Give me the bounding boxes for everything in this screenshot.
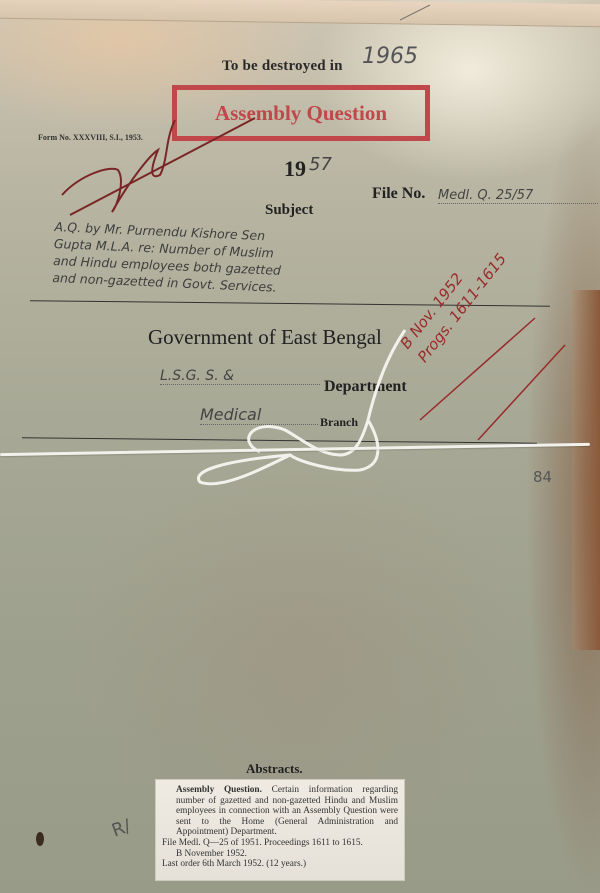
red-strike-1	[420, 318, 535, 420]
red-strike-2	[478, 345, 565, 440]
initials-scribble	[62, 118, 255, 215]
ink-blot	[36, 832, 44, 846]
abstract-last-order: Last order 6th March 1952. (12 years.)	[162, 859, 398, 870]
abstract-file-ref: File Medl. Q—25 of 1951.	[162, 838, 262, 848]
abstract-proceedings: Proceedings 1611 to 1615.	[264, 838, 363, 848]
abstract-heading: Assembly Question.	[176, 785, 262, 795]
abstracts-title: Abstracts.	[246, 761, 303, 777]
abstract-date: B November 1952.	[162, 849, 398, 860]
string-knot	[198, 330, 405, 484]
page-number: 84	[533, 468, 552, 486]
abstract-clipping: Assembly Question. Certain information r…	[156, 780, 404, 880]
